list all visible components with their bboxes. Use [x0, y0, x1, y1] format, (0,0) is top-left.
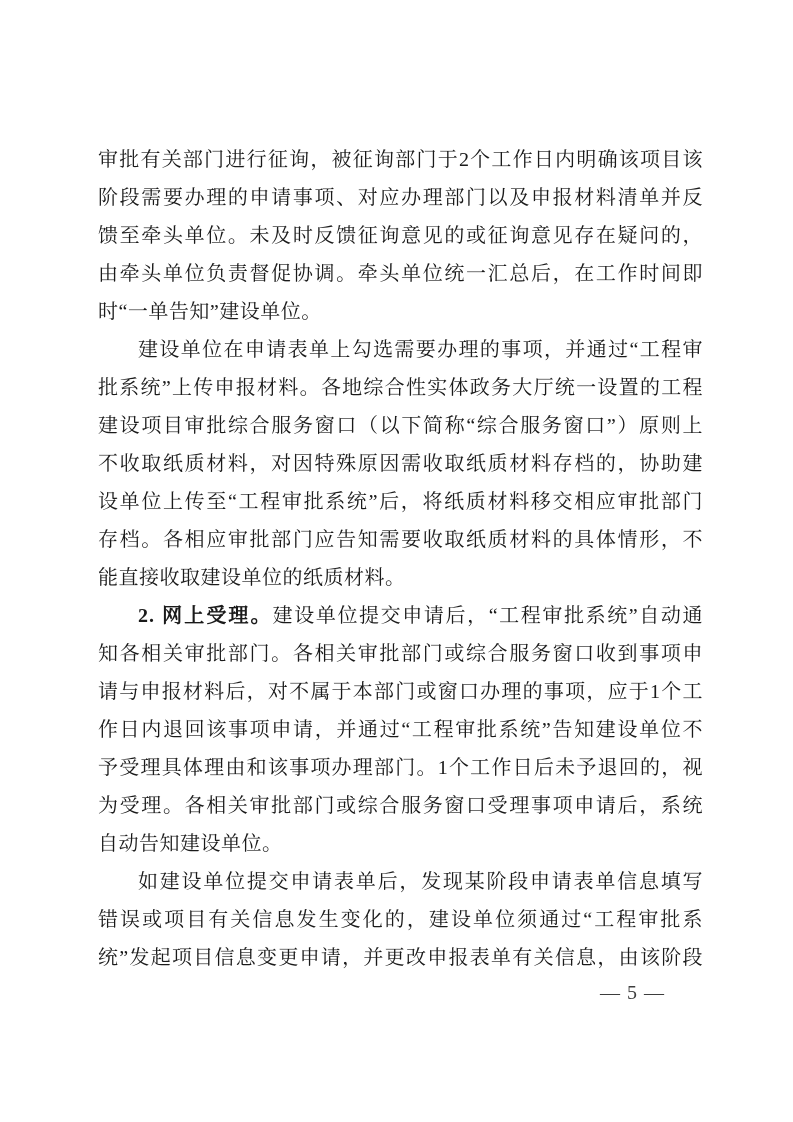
text-line: 为受理。各相关审批部门或综合服务窗口受理事项申请后，系统: [98, 787, 703, 825]
text-line: 知各相关审批部门。各相关审批部门或综合服务窗口收到事项申: [98, 635, 703, 673]
text-line: 馈至牵头单位。未及时反馈征询意见的或征询意见存在疑问的，: [98, 217, 703, 255]
text-line: 存档。各相应审批部门应告知需要收取纸质材料的具体情形，不: [98, 521, 703, 559]
text-line: 如建设单位提交申请表单后，发现某阶段申请表单信息填写: [98, 863, 703, 901]
text-line: 予受理具体理由和该事项办理部门。1个工作日后未予退回的，视: [98, 749, 703, 787]
text-line: 2. 网上受理。建设单位提交申请后，“工程审批系统”自动通: [98, 597, 703, 635]
text-line: 建设项目审批综合服务窗口（以下简称“综合服务窗口”）原则上: [98, 407, 703, 445]
document-page: 审批有关部门进行征询，被征询部门于2个工作日内明确该项目该阶段需要办理的申请事项…: [0, 0, 793, 1122]
text-line: 时“一单告知”建设单位。: [98, 293, 703, 331]
text-line: 错误或项目有关信息发生变化的，建设单位须通过“工程审批系: [98, 901, 703, 939]
text-line: 设单位上传至“工程审批系统”后，将纸质材料移交相应审批部门: [98, 483, 703, 521]
text-line: 建设单位在申请表单上勾选需要办理的事项，并通过“工程审: [98, 331, 703, 369]
text-line: 请与申报材料后，对不属于本部门或窗口办理的事项，应于1个工: [98, 673, 703, 711]
text-line: 统”发起项目信息变更申请，并更改申报表单有关信息，由该阶段: [98, 939, 703, 977]
text-line: 阶段需要办理的申请事项、对应办理部门以及申报材料清单并反: [98, 179, 703, 217]
text-line: 自动告知建设单位。: [98, 825, 703, 863]
page-number: — 5 —: [600, 980, 665, 1006]
text-line: 审批有关部门进行征询，被征询部门于2个工作日内明确该项目该: [98, 141, 703, 179]
text-line: 不收取纸质材料，对因特殊原因需收取纸质材料存档的，协助建: [98, 445, 703, 483]
text-line: 作日内退回该事项申请，并通过“工程审批系统”告知建设单位不: [98, 711, 703, 749]
text-line: 能直接收取建设单位的纸质材料。: [98, 559, 703, 597]
document-body: 审批有关部门进行征询，被征询部门于2个工作日内明确该项目该阶段需要办理的申请事项…: [98, 141, 703, 977]
paragraph-lead-bold: 2. 网上受理。: [138, 605, 273, 627]
text-line: 由牵头单位负责督促协调。牵头单位统一汇总后，在工作时间即: [98, 255, 703, 293]
text-line: 批系统”上传申报材料。各地综合性实体政务大厅统一设置的工程: [98, 369, 703, 407]
